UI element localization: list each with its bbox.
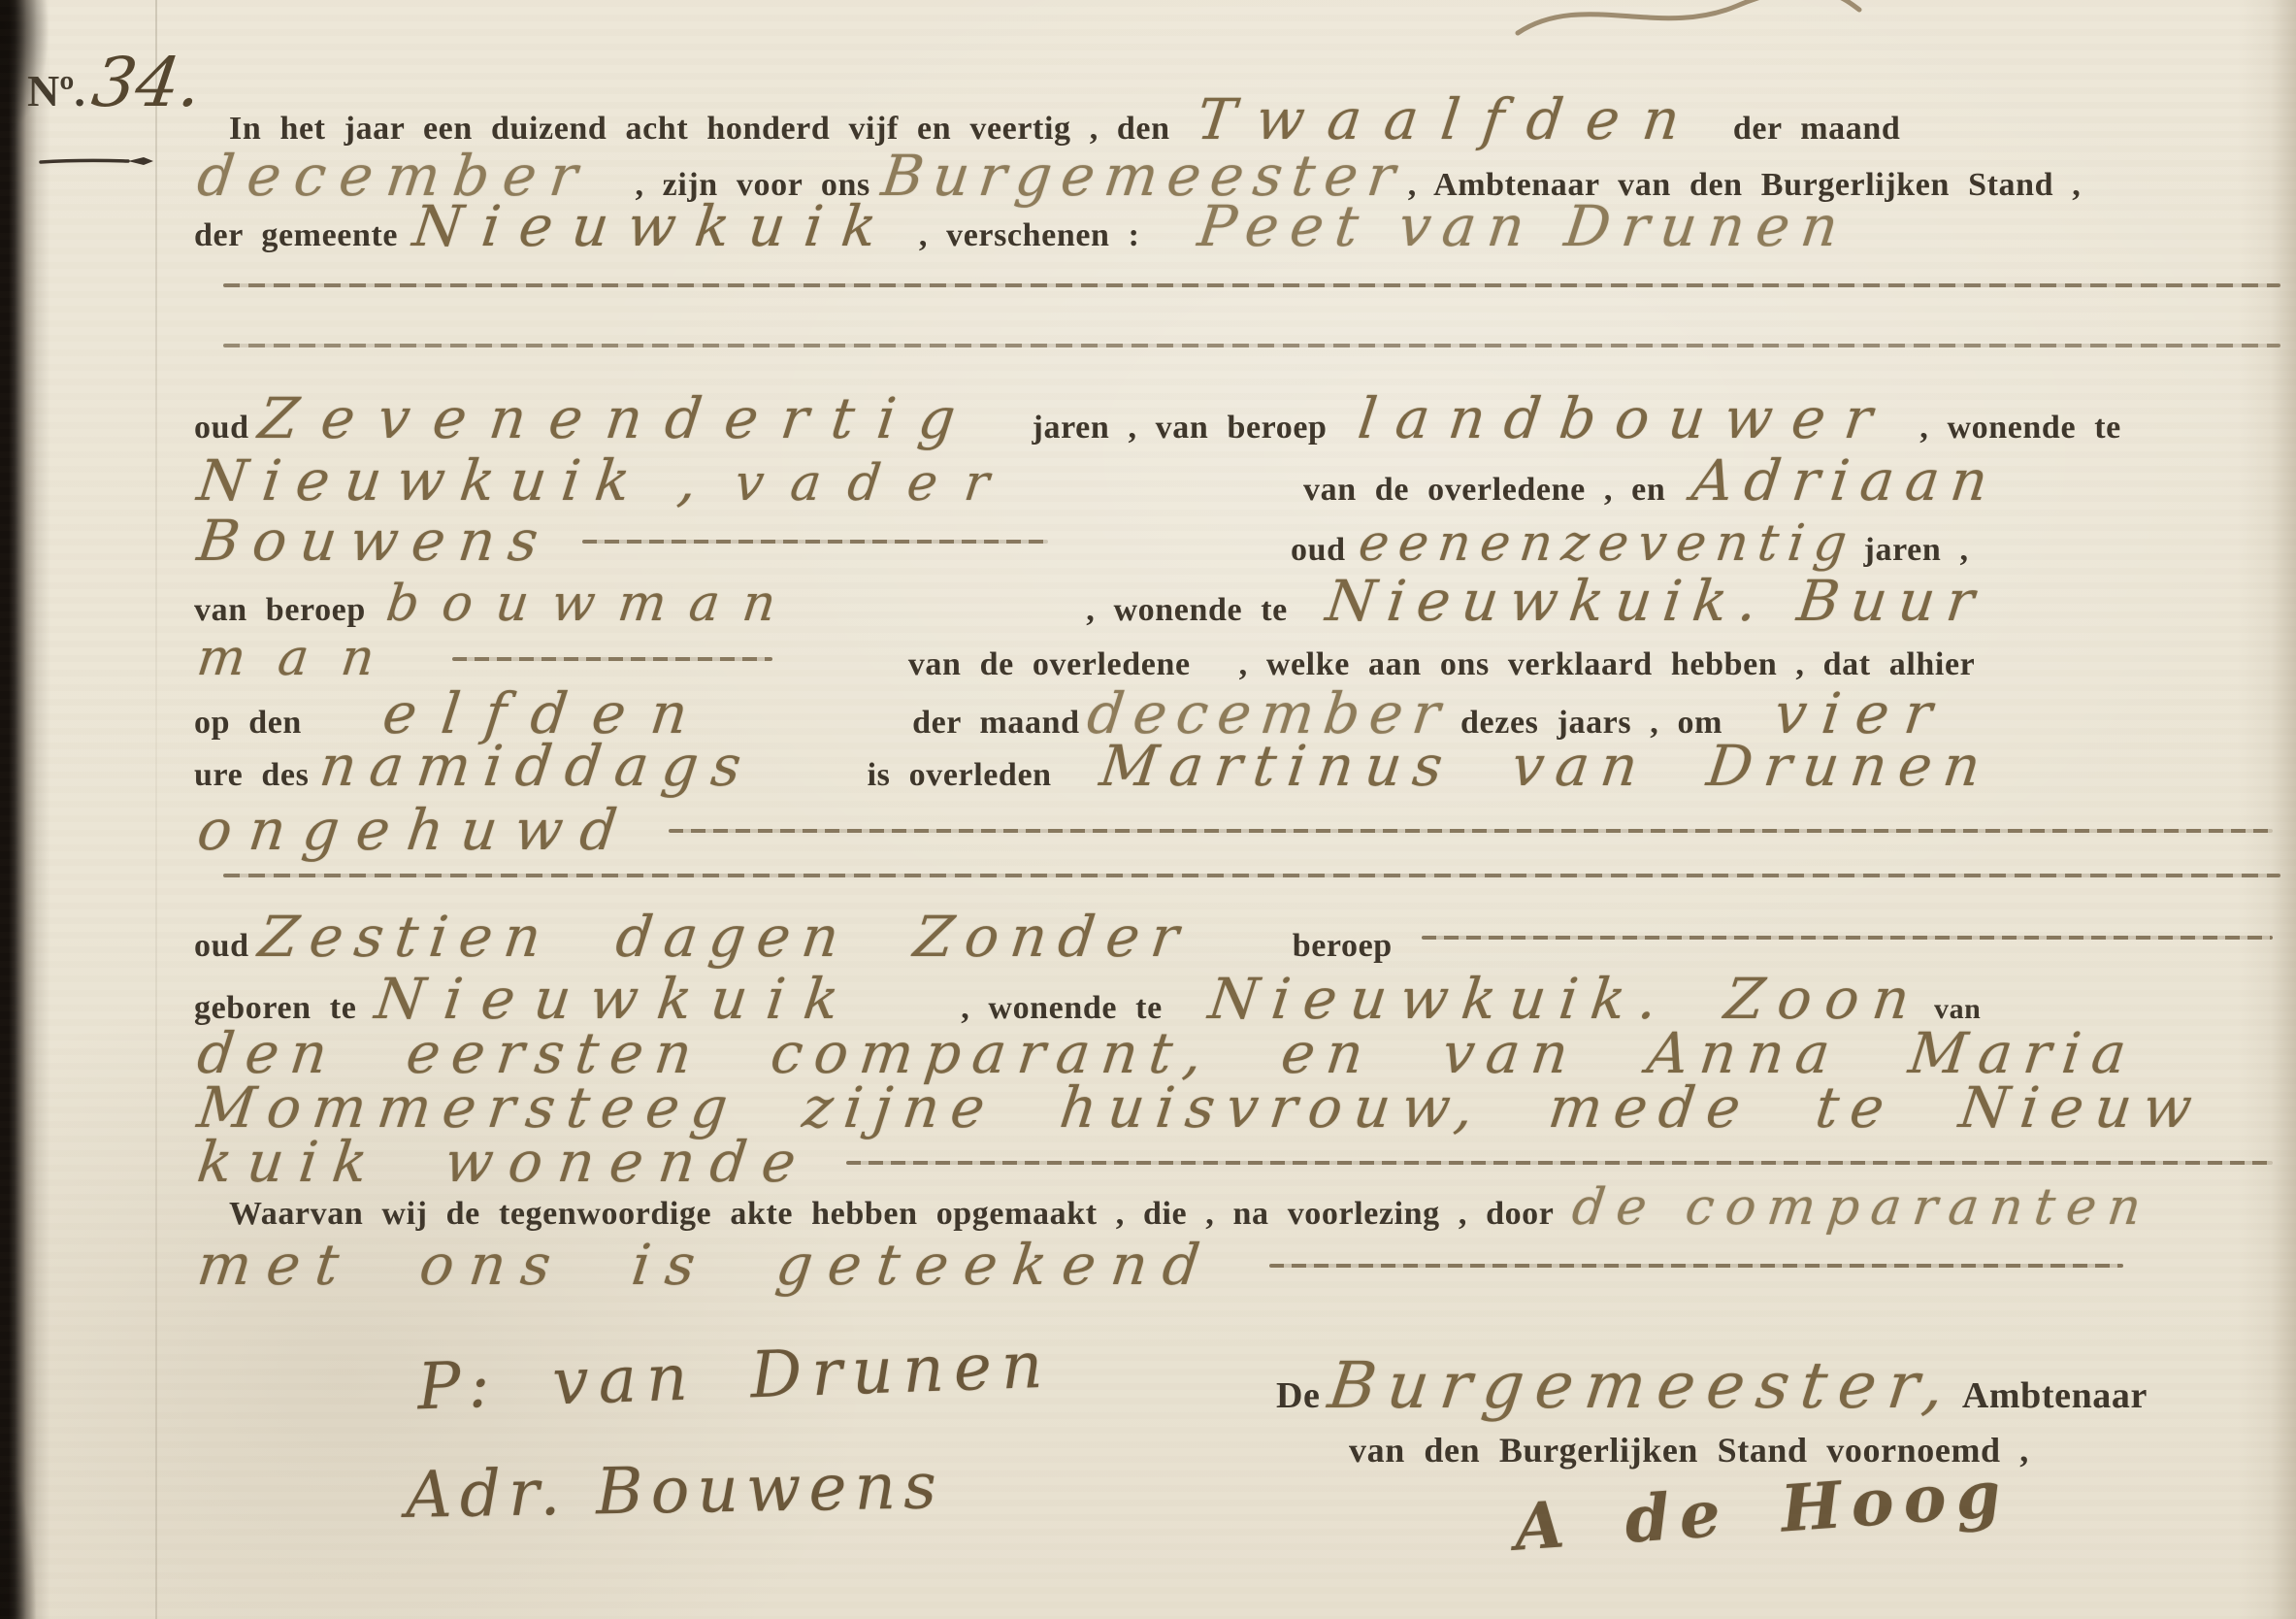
- ink-rule: [582, 540, 1048, 544]
- declarant2-residence-cont-handwritten: man: [194, 631, 410, 686]
- death-time-line: ure des namiddags is overleden Martinus …: [194, 736, 2273, 798]
- declarant2-firstname-handwritten: Adriaan: [1689, 450, 2003, 512]
- declarant2-occupation-handwritten: bouwman: [383, 577, 802, 632]
- opening-month-label: der maand: [1733, 109, 1901, 150]
- marital-status-handwritten: ongehuwd: [194, 800, 638, 862]
- age-label-1: oud: [194, 408, 249, 449]
- record-number-label: Nº.: [27, 65, 85, 116]
- appeared-label: , verschenen :: [919, 215, 1140, 257]
- declarant2-line-1: Bouwens oud eenenzeventig jaren ,: [194, 511, 2273, 573]
- occupation-label-1: jaren , van beroep: [1033, 408, 1328, 449]
- signature-declarant1-text: P: van Drunen: [416, 1328, 1054, 1425]
- signed-with-us-handwritten: met ons is geteekend: [194, 1235, 1218, 1297]
- signature-declarant2: Adr. Bouwens: [405, 1451, 944, 1531]
- municipality-label: der gemeente: [194, 215, 398, 257]
- deceased-occupation-label: beroep: [1293, 926, 1393, 968]
- record-number-value: 34.: [87, 43, 207, 122]
- deceased-age-label: oud: [194, 926, 249, 968]
- page-fold-line: [155, 0, 157, 1619]
- death-record-page: { "colors": { "paper": "#ece6d7", "ink_p…: [0, 0, 2296, 1619]
- ink-rule: [1422, 936, 2273, 940]
- closing-line-2: met ons is geteekend: [194, 1235, 2273, 1297]
- age-label-2: oud: [1291, 530, 1346, 572]
- declarant2-residence-handwritten: Nieuwkuik. Buur: [1323, 571, 1989, 633]
- official-prefix-printed: De: [1276, 1373, 1321, 1420]
- deceased-name-handwritten: Martinus van Drunen: [1097, 736, 1995, 798]
- official-suffix-printed: Ambtenaar: [1962, 1373, 2148, 1420]
- declarant2-line-2: van beroep bouwman , wonende te Nieuwkui…: [194, 571, 2273, 633]
- marital-status-line: ongehuwd: [194, 800, 2273, 862]
- declarant2-age-handwritten: eenenzeventig: [1356, 516, 1859, 572]
- municipality-handwritten: Nieuwkuik: [410, 196, 900, 258]
- deceased-age-line: oud Zestien dagen Zonder beroep: [194, 907, 2273, 969]
- declarant1-residence-handwritten: Nieuwkuik ,: [194, 450, 716, 512]
- official-title-block: De Burgemeester, Ambtenaar: [1276, 1351, 2148, 1422]
- years-label-2: jaren ,: [1864, 530, 1969, 572]
- signature-official: A de Hoog: [1512, 1458, 2013, 1563]
- closing-line-1: Waarvan wij de tegenwoordige akte hebben…: [194, 1180, 2273, 1236]
- margin-divider-ornament: [39, 153, 165, 174]
- section-rule-2: [223, 344, 2280, 347]
- residence-label-1: , wonende te: [1919, 408, 2121, 449]
- died-label: is overleden: [868, 755, 1052, 797]
- section-rule-1: [223, 283, 2280, 287]
- residence-label-2: , wonende te: [1086, 590, 1288, 632]
- declarant2-surname-handwritten: Bouwens: [194, 511, 555, 573]
- ink-rule: [846, 1161, 2273, 1165]
- signature-declarant1: P: van Drunen: [416, 1331, 1054, 1423]
- declarant1-name-handwritten: Peet van Drunen: [1195, 196, 1853, 258]
- declarant1-line-2: Nieuwkuik , vader van de overledene , en…: [194, 450, 2273, 512]
- ink-rule: [1269, 1264, 2123, 1268]
- daypart-handwritten: namiddags: [316, 736, 758, 798]
- official-role-signature-handwritten: Burgemeester,: [1325, 1351, 1959, 1422]
- record-number-block: Nº. 34.: [27, 43, 201, 122]
- deceased-age-handwritten: Zestien dagen Zonder: [255, 907, 1194, 969]
- section-rule-3: [223, 874, 2280, 877]
- ink-rule: [452, 657, 772, 661]
- by-comparants-handwritten: de comparanten: [1569, 1180, 2155, 1236]
- occupation-label-2: van beroep: [194, 590, 366, 632]
- top-edge-ink-flourish: [1514, 0, 1863, 46]
- hour-label: ure des: [194, 755, 309, 797]
- closing-statement-printed: Waarvan wij de tegenwoordige akte hebben…: [229, 1194, 1554, 1236]
- signature-declarant2-text: Adr. Bouwens: [405, 1448, 944, 1533]
- declarant1-line-1: oud Zevenendertig jaren , van beroep lan…: [194, 388, 2273, 450]
- opening-line-3: der gemeente Nieuwkuik , verschenen : Pe…: [194, 196, 2273, 258]
- declarant2-line-3: man van de overledene , welke aan ons ve…: [194, 631, 2273, 686]
- book-binding-corner-bottom: [0, 1367, 45, 1619]
- declarant1-relation-handwritten: vader: [732, 456, 1019, 512]
- ink-rule: [669, 829, 2273, 833]
- declarant1-occupation-handwritten: landbouwer: [1355, 388, 1895, 450]
- of-deceased-and-label: van de overledene , en: [1303, 470, 1665, 512]
- declarant1-age-handwritten: Zevenendertig: [255, 388, 982, 450]
